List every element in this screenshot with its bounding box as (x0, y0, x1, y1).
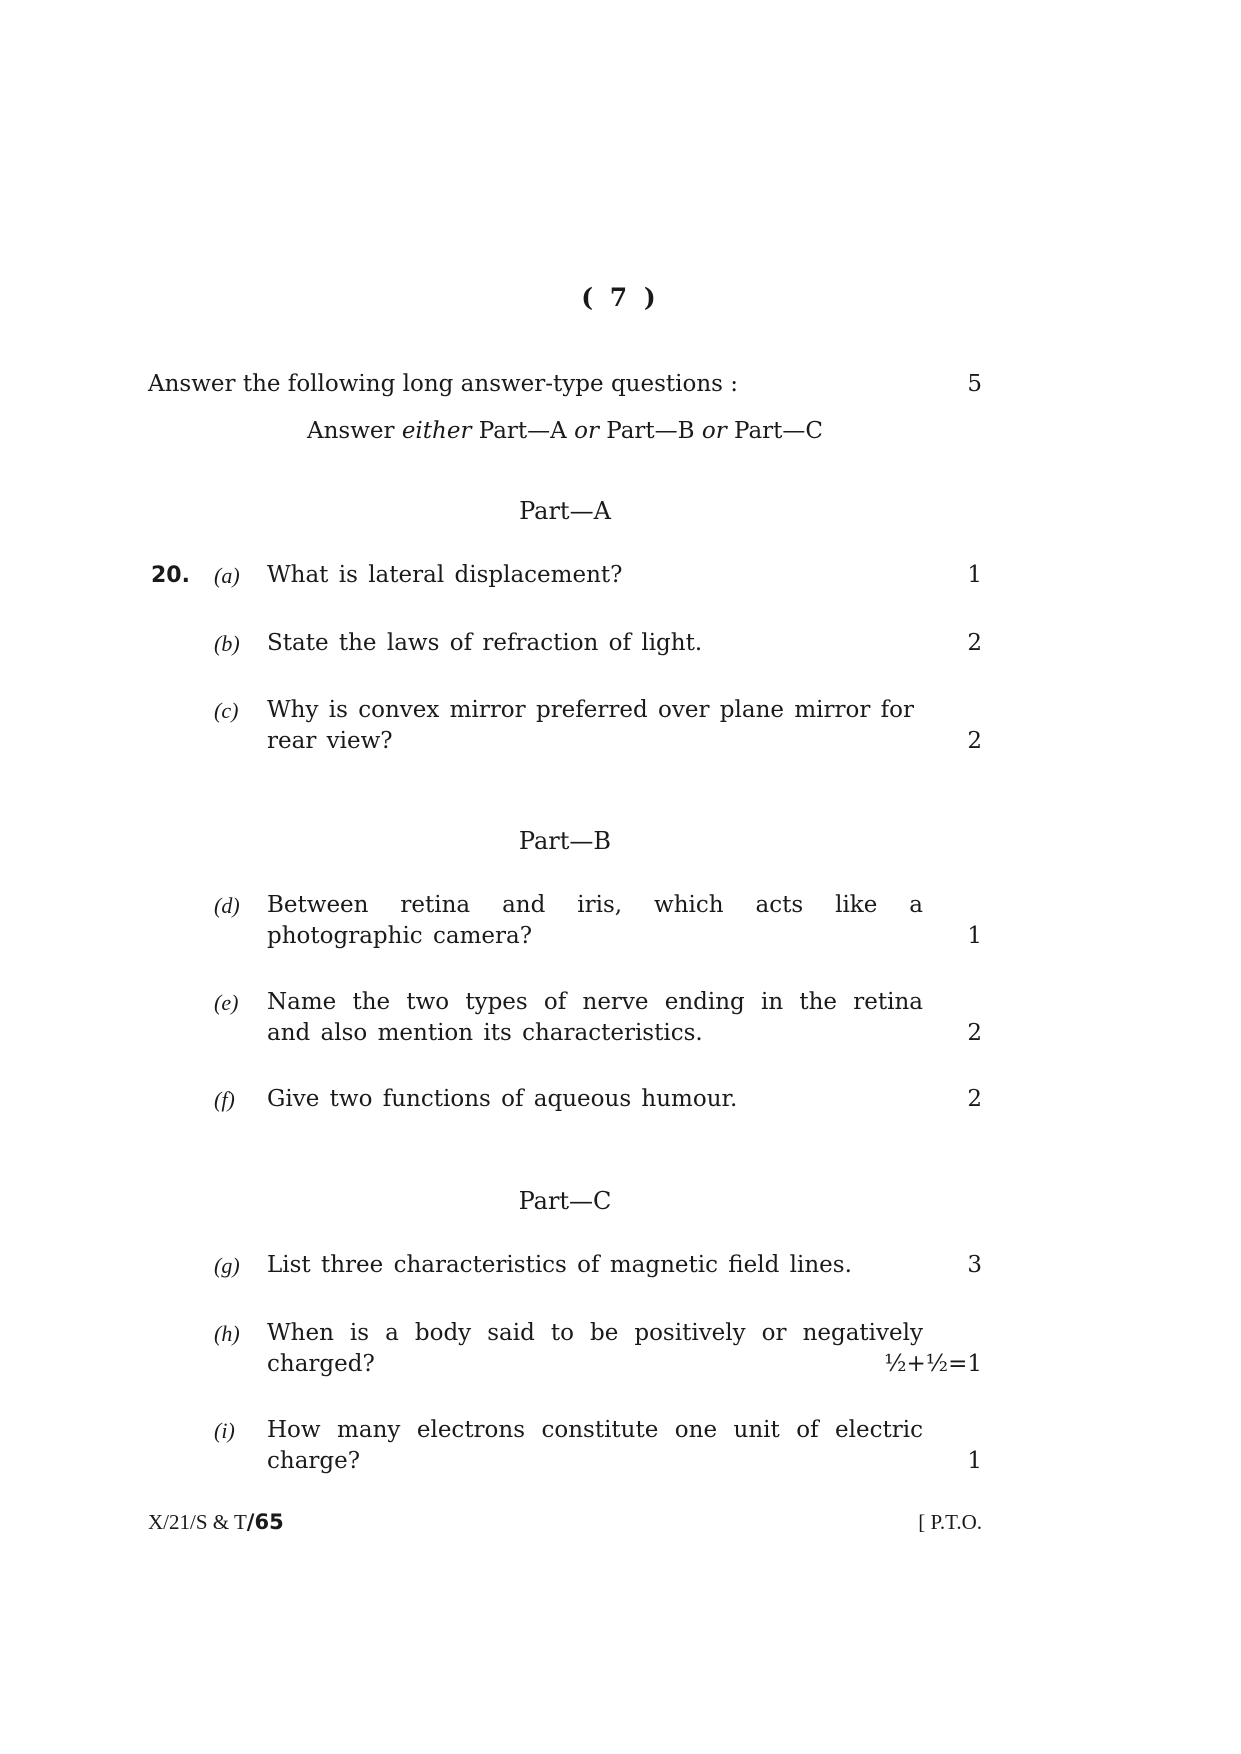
part-b-heading: Part—B (0, 827, 1130, 855)
page-number: ( 7 ) (0, 283, 1241, 312)
item-marks-b: 2 (862, 628, 982, 659)
item-label-e: (e) (214, 987, 238, 1018)
item-marks-g: 3 (862, 1250, 982, 1281)
item-marks-f: 2 (862, 1084, 982, 1115)
item-label-f: (f) (214, 1084, 235, 1115)
item-marks-i: 1 (862, 1446, 982, 1477)
item-text-b: State the laws of refraction of light. (267, 628, 923, 659)
item-marks-e: 2 (862, 1018, 982, 1049)
paper-code-prefix: X/21/S & T (148, 1510, 247, 1534)
item-text-i-line2: charge? (267, 1446, 923, 1477)
item-label-b: (b) (214, 628, 240, 659)
item-label-c: (c) (214, 695, 238, 726)
choice-part-a: Part—A (479, 418, 567, 444)
pto-note: [ P.T.O. (862, 1510, 982, 1535)
section-instruction: Answer the following long answer-type qu… (148, 369, 738, 400)
choice-part-c: Part—C (734, 418, 823, 444)
paper-code: X/21/S & T/65 (148, 1510, 284, 1535)
choice-part-b: Part—B (606, 418, 694, 444)
choice-instruction: Answer either Part—A or Part—B or Part—C (0, 418, 1130, 444)
item-text-e-line1: Name the two types of nerve ending in th… (267, 987, 923, 1018)
item-text-c-line1: Why is convex mirror preferred over plan… (267, 695, 923, 726)
choice-word-italic: either (402, 418, 472, 444)
item-label-h: (h) (214, 1318, 240, 1349)
question-number: 20. (151, 560, 190, 591)
item-text-i-line1: How many electrons constitute one unit o… (267, 1415, 923, 1446)
item-text-d-line1: Between retina and iris, which acts like… (267, 890, 923, 921)
choice-word-italic: or (702, 418, 727, 444)
part-c-heading: Part—C (0, 1187, 1130, 1215)
item-text-h-line1: When is a body said to be positively or … (267, 1318, 923, 1349)
choice-word: Answer (307, 418, 395, 444)
item-marks-h: ½+½=1 (822, 1349, 982, 1380)
item-label-i: (i) (214, 1415, 235, 1446)
item-label-g: (g) (214, 1250, 240, 1281)
item-label-d: (d) (214, 890, 240, 921)
item-text-f: Give two functions of aqueous humour. (267, 1084, 923, 1115)
item-text-e-line2: and also mention its characteristics. (267, 1018, 923, 1049)
paper-code-number: /65 (247, 1510, 284, 1534)
item-label-a: (a) (214, 560, 240, 591)
section-total-marks: 5 (862, 369, 982, 400)
item-text-g: List three characteristics of magnetic f… (267, 1250, 923, 1281)
choice-word-italic: or (574, 418, 599, 444)
item-text-c-line2: rear view? (267, 726, 923, 757)
item-text-a: What is lateral displacement? (267, 560, 923, 591)
item-text-d-line2: photographic camera? (267, 921, 923, 952)
item-marks-c: 2 (862, 726, 982, 757)
part-a-heading: Part—A (0, 497, 1130, 525)
item-marks-d: 1 (862, 921, 982, 952)
item-marks-a: 1 (862, 560, 982, 591)
